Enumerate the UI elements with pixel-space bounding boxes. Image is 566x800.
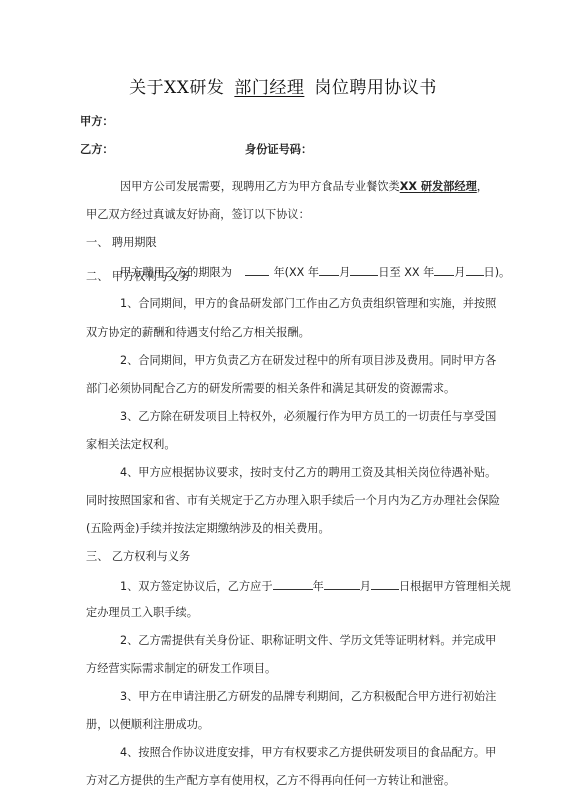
s3-item3-line2: 册，以便顺利注册成功。 <box>86 718 209 732</box>
start-day-blank[interactable] <box>350 264 378 276</box>
s2-item3-line2: 家相关法定权利。 <box>86 438 176 452</box>
year-text: 年 <box>313 580 324 593</box>
s3-item4-line1: 4、按照合作协议进度安排，甲方有权要求乙方提供研发项目的食品配方。甲 <box>120 746 496 760</box>
intro-punct: ， <box>477 180 488 193</box>
id-number-label: 身份证号码： <box>245 143 312 157</box>
title-prefix: 关于XX研发 <box>129 78 224 98</box>
section-3-heading: 三、 乙方权利与义务 <box>86 550 190 564</box>
document-title: 关于XX研发部门经理岗位聘用协议书 <box>0 73 566 98</box>
s3-item1-post: 日根据甲方管理相关规 <box>399 580 511 593</box>
title-position: 部门经理 <box>224 78 314 98</box>
s2-item2-line2: 部门必须协同配合乙方的研发所需要的相关条件和满足其研发的资源需求。 <box>86 382 455 396</box>
s2-item4-line2: 同时按照国家和省、市有关规定于乙方办理入职手续后一个月内为乙方办理社会保险 <box>86 494 500 508</box>
term-to-text: 日至 XX 年 <box>378 266 434 279</box>
document-page: 关于XX研发部门经理岗位聘用协议书 甲方： 乙方： 身份证号码： 因甲方公司发展… <box>0 0 566 800</box>
entry-day-blank[interactable] <box>371 578 399 590</box>
start-month-blank[interactable] <box>319 264 339 276</box>
s2-item1-line2: 双方协定的薪酬和待遇支付给乙方相关报酬。 <box>86 326 310 340</box>
term-end-text: 日)。 <box>484 266 511 279</box>
section-2-heading: 二、 甲方权利与义务 <box>86 270 190 284</box>
position-name: XX 研发部经理 <box>400 180 477 193</box>
s3-item2-line2: 方经营实际需求制定的研发工作项目。 <box>86 662 276 676</box>
s3-item3-line1: 3、甲方在申请注册乙方研发的品牌专利期间，乙方积极配合甲方进行初始注 <box>120 690 496 704</box>
s2-item1-line1: 1、合同期间，甲方的食品研发部门工作由乙方负责组织管理和实施，并按照 <box>120 297 496 311</box>
entry-year-blank[interactable] <box>273 578 313 590</box>
term-year-text: 年(XX 年 <box>273 266 319 279</box>
intro-line-2: 甲乙双方经过真诚友好协商，签订以下协议： <box>86 208 310 222</box>
term-years-blank[interactable] <box>245 264 269 276</box>
party-b-label: 乙方： <box>80 143 114 157</box>
entry-month-blank[interactable] <box>324 578 360 590</box>
s2-item4-line3: (五险两金)手续并按法定期缴纳涉及的相关费用。 <box>86 522 330 536</box>
intro-text: 因甲方公司发展需要，现聘用乙方为甲方食品专业餐饮类 <box>120 180 400 193</box>
section-1-heading: 一、 聘用期限 <box>86 236 157 250</box>
s3-item1-line2: 定办理员工入职手续。 <box>86 606 198 620</box>
s3-item4-line2: 方对乙方提供的生产配方享有使用权，乙方不得再向任何一方转让和泄密。 <box>86 774 455 788</box>
s2-item4-line1: 4、甲方应根据协议要求，按时支付乙方的聘用工资及其相关岗位待遇补贴。 <box>120 466 496 480</box>
party-a-label: 甲方： <box>80 115 114 129</box>
term-month2-text: 月 <box>454 266 465 279</box>
end-month-blank[interactable] <box>434 264 454 276</box>
term-month-text: 月 <box>339 266 350 279</box>
title-suffix: 岗位聘用协议书 <box>314 78 437 98</box>
s3-item1-line1: 1、双方签定协议后，乙方应于年月日根据甲方管理相关规 <box>120 578 511 594</box>
s3-item1-text: 1、双方签定协议后，乙方应于 <box>120 580 273 593</box>
s2-item3-line1: 3、乙方除在研发项目上特权外，必须履行作为甲方员工的一切责任与享受国 <box>120 410 496 424</box>
end-day-blank[interactable] <box>466 264 484 276</box>
s2-item2-line1: 2、合同期间，甲方负责乙方在研发过程中的所有项目涉及费用。同时甲方各 <box>120 354 496 368</box>
intro-line-1: 因甲方公司发展需要，现聘用乙方为甲方食品专业餐饮类XX 研发部经理， <box>120 180 488 194</box>
s3-item2-line1: 2、乙方需提供有关身份证、职称证明文件、学历文凭等证明材料。并完成甲 <box>120 634 496 648</box>
month-text: 月 <box>360 580 371 593</box>
